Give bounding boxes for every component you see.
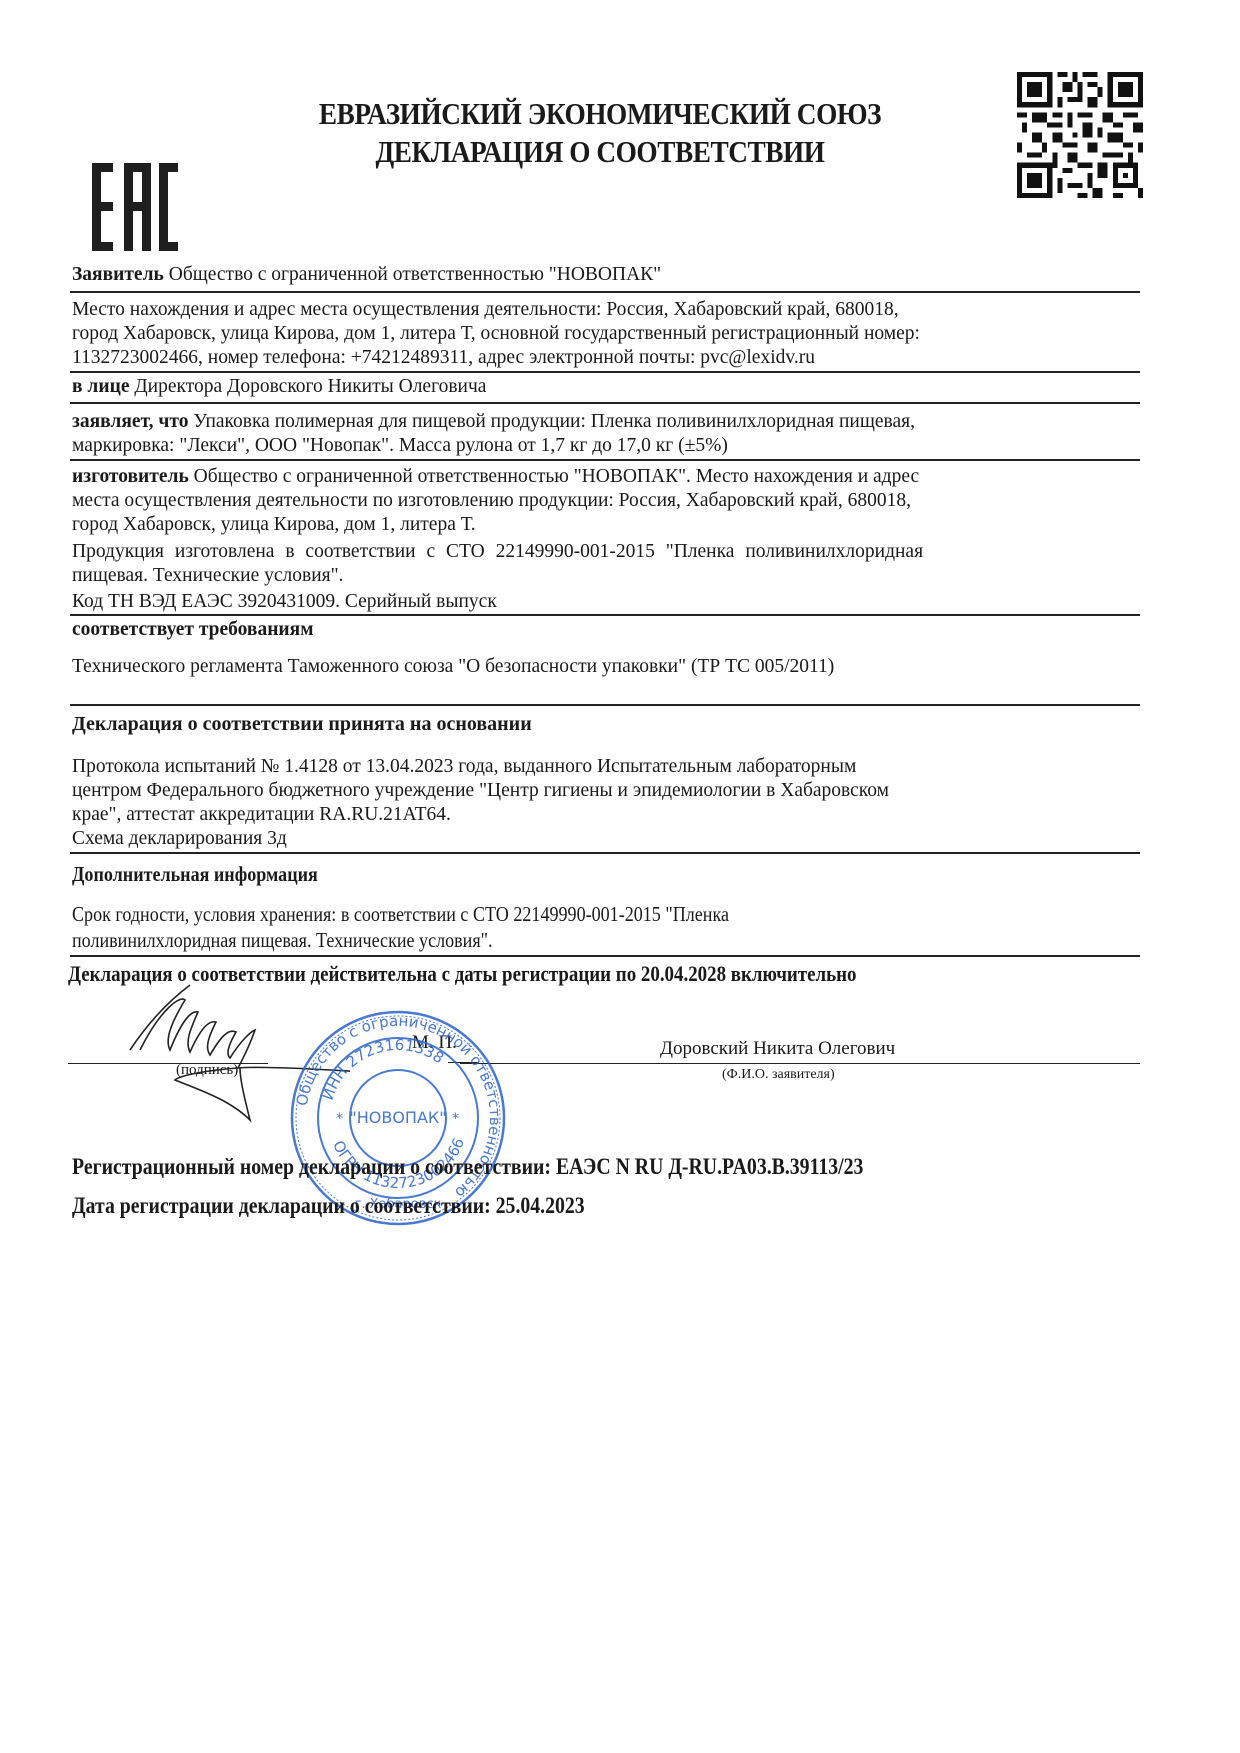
manufacturer-line-4: Продукция изготовлена в соответствии с С… — [72, 540, 1140, 564]
additional-line-2: поливинилхлоридная пищевая. Технические … — [72, 928, 1140, 952]
complies-label-text: соответствует требованиям — [72, 619, 314, 640]
registration-date-row: Дата регистрации декларации о соответств… — [72, 1194, 1140, 1218]
represented-by-row: в лице Директора Доровского Никиты Олего… — [72, 375, 1140, 399]
applicant-label: Заявитель — [72, 264, 164, 285]
registration-number-text: Регистрационный номер декларации о соотв… — [72, 1155, 863, 1179]
divider — [70, 459, 1140, 461]
applicant-row: Заявитель Общество с ограниченной ответс… — [72, 263, 1140, 287]
additional-label-text: Дополнительная информация — [72, 862, 318, 886]
additional-line-2-text: поливинилхлоридная пищевая. Технические … — [72, 928, 493, 952]
registration-number-label: Регистрационный номер декларации о соотв… — [72, 1154, 551, 1179]
basis-line-1: Протокола испытаний № 1.4128 от 13.04.20… — [72, 755, 1140, 779]
applicant-name-caption: (Ф.И.О. заявителя) — [722, 1067, 835, 1083]
document-title: ДЕКЛАРАЦИЯ О СООТВЕТСТВИИ — [292, 133, 908, 171]
applicant-name: Доровский Никита Олегович — [660, 1038, 895, 1060]
manufacturer-line-3: город Хабаровск, улица Кирова, дом 1, ли… — [72, 513, 1140, 537]
additional-line-1-text: Срок годности, условия хранения: в соотв… — [72, 902, 729, 926]
divider — [70, 402, 1140, 404]
represented-by-value: Директора Доровского Никиты Олеговича — [134, 376, 486, 397]
declares-row: заявляет, что Упаковка полимерная для пи… — [72, 410, 1140, 434]
registration-number-row: Регистрационный номер декларации о соотв… — [72, 1155, 1140, 1179]
divider — [70, 614, 1140, 616]
basis-label-text: Декларация о соответствии принята на осн… — [72, 713, 532, 735]
divider — [70, 371, 1140, 373]
manufacturer-line-2: места осуществления деятельности по изго… — [72, 489, 1140, 513]
name-line — [460, 1063, 1140, 1064]
manufacturer-line-5: пищевая. Технические условия". — [72, 564, 1140, 588]
additional-label: Дополнительная информация — [72, 862, 1140, 886]
complies-value: Технического регламента Таможенного союз… — [72, 655, 1140, 679]
divider — [70, 955, 1140, 957]
hs-code-line: Код ТН ВЭД ЕАЭС 3920431009. Серийный вып… — [72, 590, 1140, 614]
divider — [70, 291, 1140, 293]
basis-line-2: центром Федерального бюджетного учрежден… — [72, 779, 1140, 803]
manufacturer-line-1: Общество с ограниченной ответственностью… — [194, 466, 919, 487]
qr-code-icon — [1017, 72, 1143, 198]
eac-logo-icon — [92, 163, 178, 251]
complies-label: соответствует требованиям — [72, 618, 1140, 642]
applicant-value: Общество с ограниченной ответственностью… — [169, 264, 661, 285]
declares-label: заявляет, что — [72, 411, 189, 432]
svg-text:*: * — [336, 1111, 343, 1127]
svg-text:*: * — [452, 1111, 459, 1127]
svg-text:"НОВОПАК": "НОВОПАК" — [349, 1108, 446, 1127]
represented-by-label: в лице — [72, 376, 129, 397]
registration-number-value: ЕАЭС N RU Д-RU.PA03.B.39113/23 — [556, 1154, 863, 1179]
manufacturer-row: изготовитель Общество с ограниченной отв… — [72, 465, 1140, 489]
additional-line-1: Срок годности, условия хранения: в соотв… — [72, 902, 1140, 926]
registration-date-text: Дата регистрации декларации о соответств… — [72, 1194, 585, 1218]
union-title: ЕВРАЗИЙСКИЙ ЭКОНОМИЧЕСКИЙ СОЮЗ — [292, 95, 908, 133]
declares-line-1: Упаковка полимерная для пищевой продукци… — [193, 411, 915, 432]
declares-line-2: маркировка: "Лекси", ООО "Новопак". Масс… — [72, 434, 1140, 458]
registration-date-label: Дата регистрации декларации о соответств… — [72, 1193, 491, 1218]
address-line-2: город Хабаровск, улица Кирова, дом 1, ли… — [72, 322, 1140, 346]
basis-line-3: крае", аттестат аккредитации RA.RU.21AT6… — [72, 803, 1140, 827]
registration-date-value: 25.04.2023 — [496, 1193, 585, 1218]
manufacturer-label: изготовитель — [72, 466, 189, 487]
declaration-scheme: Схема декларирования 3д — [72, 827, 1140, 851]
address-line-1: Место нахождения и адрес места осуществл… — [72, 298, 1140, 322]
basis-label: Декларация о соответствии принята на осн… — [72, 712, 1140, 736]
divider — [70, 704, 1140, 706]
divider — [70, 852, 1140, 854]
address-line-3: 1132723002466, номер телефона: +74212489… — [72, 346, 1140, 370]
